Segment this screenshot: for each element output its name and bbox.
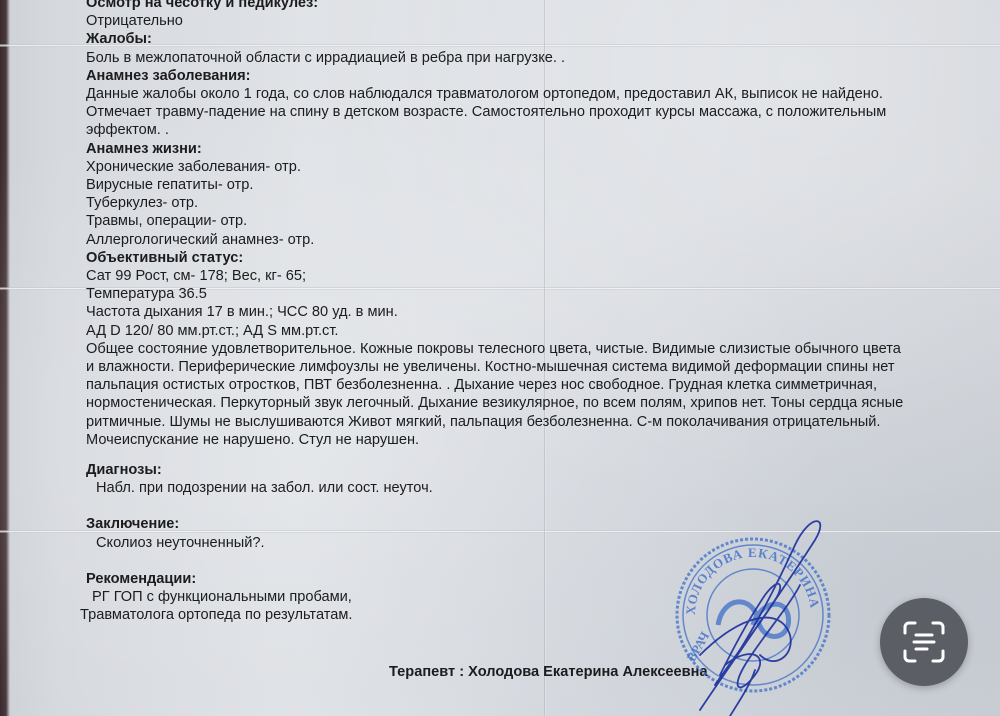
live-text-scan-button[interactable] xyxy=(880,598,968,686)
life-history-heading: Анамнез жизни: xyxy=(86,140,1000,158)
complaints-line: Боль в межлопаточной области с иррадиаци… xyxy=(86,49,1000,67)
objective-status-line: Частота дыхания 17 в мин.; ЧСС 80 уд. в … xyxy=(86,303,1000,321)
document-photo: Осмотр на чесотку и педикулез:Отрицатель… xyxy=(0,0,1000,716)
objective-status-line: Общее состояние удовлетворительное. Кожн… xyxy=(86,340,1000,358)
life-history-line: Хронические заболевания- отр. xyxy=(86,158,1000,176)
objective-status-line: и влажности. Периферические лимфоузлы не… xyxy=(86,358,1000,376)
objective-status-line: нормостеническая. Перкуторный звук легоч… xyxy=(86,394,1000,412)
life-history-line: Туберкулез- отр. xyxy=(86,194,1000,212)
objective-status-line: Мочеиспускание не нарушено. Стул не нару… xyxy=(86,431,1000,449)
scabies-heading: Осмотр на чесотку и педикулез: xyxy=(86,0,1000,12)
life-history-line: Аллергологический анамнез- отр. xyxy=(86,231,1000,249)
disease-history-heading: Анамнез заболевания: xyxy=(86,67,1000,85)
disease-history-line: Данные жалобы около 1 года, со слов набл… xyxy=(86,85,1000,103)
disease-history-line: эффектом. . xyxy=(86,121,1000,139)
live-text-scan-icon xyxy=(901,619,947,665)
scabies-line: Отрицательно xyxy=(86,12,1000,30)
diagnoses-text: Набл. при подозрении на забол. или сост.… xyxy=(86,479,1000,497)
life-history-line: Травмы, операции- отр. xyxy=(86,212,1000,230)
objective-status-line: АД D 120/ 80 мм.рт.ст.; АД S мм.рт.ст. xyxy=(86,322,1000,340)
handwritten-signature xyxy=(640,505,870,716)
life-history-line: Вирусные гепатиты- отр. xyxy=(86,176,1000,194)
objective-status-line: Сат 99 Рост, см- 178; Вес, кг- 65; xyxy=(86,267,1000,285)
objective-status-heading: Объективный статус: xyxy=(86,249,1000,267)
complaints-heading: Жалобы: xyxy=(86,30,1000,48)
disease-history-line: Отмечает травму-падение на спину в детск… xyxy=(86,103,1000,121)
objective-status-line: Температура 36.5 xyxy=(86,285,1000,303)
objective-status-line: пальпация остистых отростков, ПВТ безбол… xyxy=(86,376,1000,394)
objective-status-line: ритмичные. Шумы не выслушиваются Живот м… xyxy=(86,413,1000,431)
diagnoses-heading: Диагнозы: xyxy=(86,461,1000,479)
